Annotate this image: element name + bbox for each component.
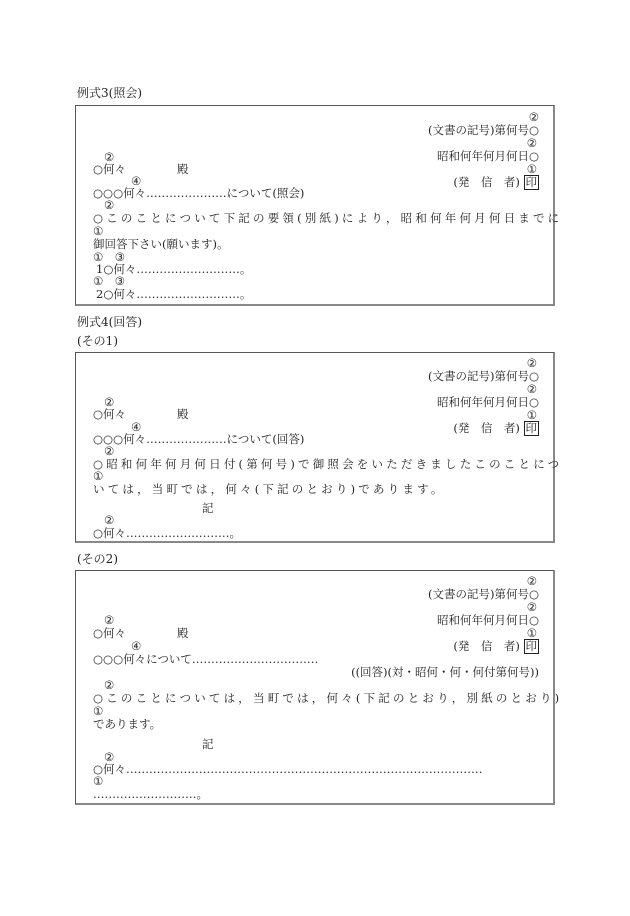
addressee: ○何々 (93, 163, 126, 175)
body-line-1: ○このことについて下記の要領(別紙)により，昭和何年何月何日までに (93, 212, 562, 224)
body-line-2: 御回答下さい(願います)。 (93, 238, 228, 250)
doc-number: (文書の記号)第何号○ (428, 588, 539, 600)
doc-no-mark: ② (499, 111, 539, 123)
date-mark: ② (527, 137, 537, 149)
example4-part2-box: ② (文書の記号)第何号○ ② 昭和何年何月何日○ ① (発 信 者) 印 ② … (75, 570, 555, 805)
honorific: 殿 (177, 163, 189, 175)
item: ○何々………………………。 (93, 527, 241, 539)
item-mark: ② (104, 514, 114, 526)
part1-title: (その1) (77, 332, 118, 349)
body-mark-1: ② (104, 445, 114, 457)
example3-box: ② (文書の記号)第何号○ ② 昭和何年何月何日○ ① (発 信 者) 印 ② … (75, 105, 555, 306)
sender-mark: ① (527, 163, 537, 175)
item-2: 2○何々………………………。 (96, 288, 251, 300)
item-line-2: ………………………。 (93, 788, 208, 800)
date-mark: ② (527, 601, 537, 613)
doc-number: (文書の記号)第何号○ (428, 370, 539, 382)
addressee-mark: ② (104, 614, 114, 626)
subject: ○○○何々について…………………………… (93, 653, 318, 665)
item-mark-2: ① (93, 775, 103, 787)
date: 昭和何年何月何日○ (437, 614, 539, 626)
example4-title: 例式4(回答) (77, 313, 142, 330)
seal-stamp: 印 (524, 639, 540, 654)
doc-no-mark: ② (527, 575, 537, 587)
doc-number: (文書の記号)第何号○ (428, 124, 539, 136)
part2-title: (その2) (77, 550, 118, 567)
sender: (発 信 者) (453, 175, 519, 189)
body-mark-2: ① (93, 470, 103, 482)
sender: (発 信 者) (453, 421, 519, 435)
item-line-1: ○何々………………………………………………………………………………… (93, 763, 483, 775)
subject-mark: ④ (131, 640, 141, 652)
date: 昭和何年何月何日○ (437, 396, 539, 408)
sender: (発 信 者) (453, 639, 519, 653)
sender-mark: ① (527, 409, 537, 421)
ki-heading: 記 (202, 502, 214, 514)
seal-stamp: 印 (524, 421, 540, 436)
body-line-2: であります。 (93, 718, 161, 730)
sender-mark: ① (527, 627, 537, 639)
ki-heading: 記 (202, 738, 214, 750)
body-mark-1: ② (104, 199, 114, 211)
example4-part1-box: ② (文書の記号)第何号○ ② 昭和何年何月何日○ ① (発 信 者) 印 ② … (75, 352, 555, 543)
honorific: 殿 (177, 408, 189, 420)
subject: ○○○何々…………………について(照会) (93, 187, 304, 199)
example3-title: 例式3(照会) (77, 84, 142, 101)
body-mark-1: ② (104, 679, 114, 691)
body-line-1: ○このことについては，当町では，何々(下記のとおり，別紙のとおり) (93, 692, 562, 704)
date-mark: ② (527, 383, 537, 395)
seal-stamp: 印 (524, 175, 540, 190)
body-mark-2: ① (93, 225, 103, 237)
date: 昭和何年何月何日○ (437, 150, 539, 162)
body-line-1: ○昭和何年何月何日付(第何号)で御照会をいただきましたこのことにつ (93, 458, 562, 470)
subject: ○○○何々…………………について(回答) (93, 433, 304, 445)
body-line-2: いては，当町では，何々(下記のとおり)であります。 (93, 483, 446, 495)
addressee: ○何々 (93, 408, 126, 420)
addressee: ○何々 (93, 627, 126, 639)
doc-no-mark: ② (527, 357, 537, 369)
honorific: 殿 (177, 627, 189, 639)
body-mark-2: ① (93, 705, 103, 717)
item2-marks: ① ③ (93, 275, 125, 287)
subject-note: ((回答)(対・昭何・何・何付第何号)) (351, 666, 539, 678)
